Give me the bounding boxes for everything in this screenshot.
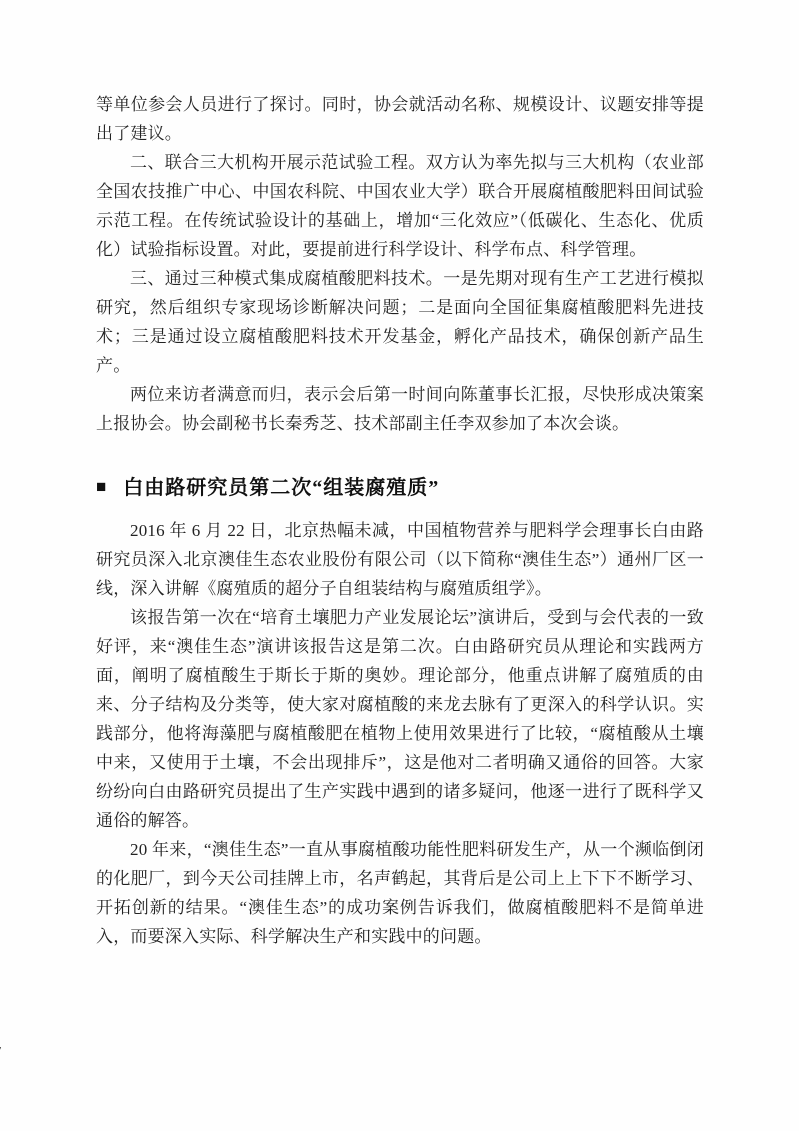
section-continuation: 等单位参会人员进行了探讨。同时，协会就活动名称、规模设计、议题安排等提出了建议。… bbox=[96, 90, 704, 438]
paragraph: 等单位参会人员进行了探讨。同时，协会就活动名称、规模设计、议题安排等提出了建议。 bbox=[96, 90, 704, 148]
paragraph: 三、通过三种模式集成腐植酸肥料技术。一是先期对现有生产工艺进行模拟研究，然后组织… bbox=[96, 264, 704, 380]
section-heading-title: 白由路研究员第二次“组装腐殖质” bbox=[123, 475, 439, 501]
section-heading: ■ 白由路研究员第二次“组装腐殖质” bbox=[96, 475, 704, 501]
square-bullet-icon: ■ bbox=[96, 474, 107, 500]
paragraph: 该报告第一次在“培育土壤肥力产业发展论坛”演讲后，受到与会代表的一致好评，来“澳… bbox=[96, 603, 704, 835]
paragraph: 两位来访者满意而归，表示会后第一时间向陈董事长汇报，尽快形成决策案上报协会。协会… bbox=[96, 380, 704, 438]
paragraph: 二、联合三大机构开展示范试验工程。双方认为率先拟与三大机构（农业部全国农技推广中… bbox=[96, 148, 704, 264]
text-block: 等单位参会人员进行了探讨。同时，协会就活动名称、规模设计、议题安排等提出了建议。… bbox=[96, 90, 704, 951]
paragraph: 20 年来，“澳佳生态”一直从事腐植酸功能性肥料研发生产，从一个濒临倒闭的化肥厂… bbox=[96, 835, 704, 951]
paragraph: 2016 年 6 月 22 日，北京热幅未减，中国植物营养与肥料学会理事长白由路… bbox=[96, 516, 704, 603]
document-page: 等单位参会人员进行了探讨。同时，协会就活动名称、规模设计、议题安排等提出了建议。… bbox=[0, 0, 799, 1131]
section-body: 2016 年 6 月 22 日，北京热幅未减，中国植物营养与肥料学会理事长白由路… bbox=[96, 516, 704, 951]
page-number: 7 bbox=[0, 1043, 2, 1063]
